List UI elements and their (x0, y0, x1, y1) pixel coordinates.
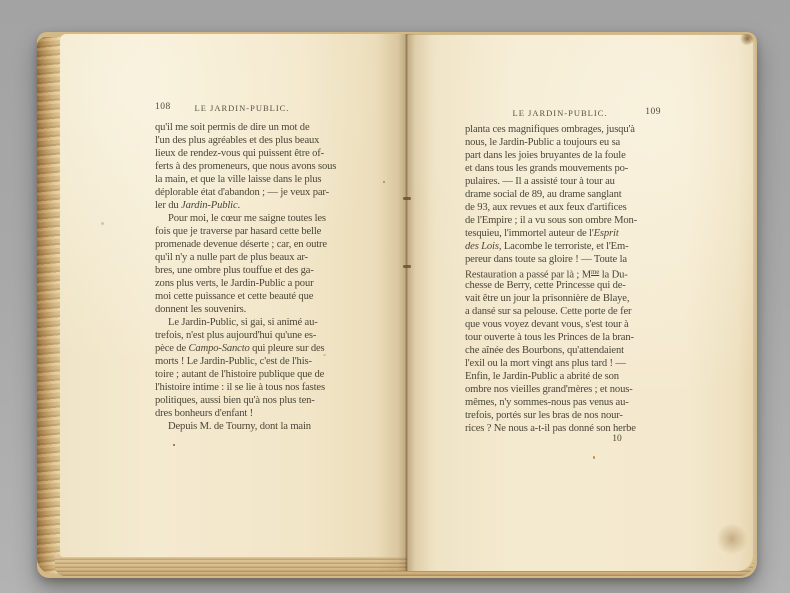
text-line: a dansé sur sa pelouse. Cette porte de f… (465, 305, 661, 318)
text-line: Le Jardin-Public, si gai, si animé au- (155, 316, 355, 329)
binding-stitch (403, 265, 411, 268)
text-line: politiques, aussi bien qu'à nos plus ten… (155, 394, 355, 407)
text-line: pèce de Campo-Sancto qui pleure sur des (155, 342, 355, 355)
text-line: mêmes, n'y sommes-nous pas venus au- (465, 396, 661, 409)
fore-edge-page-stack (37, 37, 62, 574)
text-line: che aînée des Bourbons, qu'attendaient (465, 344, 661, 357)
text-line: ombre nos vieilles grand'mères ; et nous… (465, 383, 661, 396)
book: 108 LE JARDIN-PUBLIC. qu'il me soit perm… (37, 32, 757, 578)
text-line: Enfin, le Jardin-Public a abrité de son (465, 370, 661, 383)
left-running-title: LE JARDIN-PUBLIC. (172, 103, 312, 113)
text-line: donnent les souvenirs. (155, 303, 355, 316)
text-line: vait être un jour la prisonnière de Blay… (465, 292, 661, 305)
text-line: promenade devenue déserte ; car, en outr… (155, 238, 355, 251)
text-line: drame social de 89, au drame sanglant (465, 188, 661, 201)
text-line: chesse de Berry, cette Princesse qui de- (465, 279, 661, 292)
text-line: l'histoire intime : il se lie à tous nos… (155, 381, 355, 394)
photo-background: 108 LE JARDIN-PUBLIC. qu'il me soit perm… (0, 0, 790, 593)
right-running-head: LE JARDIN-PUBLIC. 109 (465, 107, 661, 119)
text-line: moi cette puissance et cette beauté que (155, 290, 355, 303)
binding-stitch (403, 197, 411, 200)
text-line: Pour moi, le cœur me saigne toutes les (155, 212, 355, 225)
text-line: ler du Jardin-Public. (155, 199, 355, 212)
text-line: bres, une ombre plus touffue et des ga- (155, 264, 355, 277)
text-line: zons plus verts, le Jardin-Public a pour (155, 277, 355, 290)
text-line: déplorable état d'abandon ; — je veux pa… (155, 186, 355, 199)
text-line: ferts à des promeneurs, que nous avons s… (155, 160, 355, 173)
right-page: LE JARDIN-PUBLIC. 109 planta ces magnifi… (407, 35, 755, 571)
text-line: dres bonheurs d'enfant ! (155, 407, 355, 420)
text-line: de l'Empire ; il a vu sous son ombre Mon… (465, 214, 661, 227)
text-line: morts ! Le Jardin-Public, c'est de l'his… (155, 355, 355, 368)
text-line: et dans tous les grands mouvements po- (465, 162, 661, 175)
text-line: trefois, portés sur les bras de nos nour… (465, 409, 661, 422)
text-line: planta ces magnifiques ombrages, jusqu'à (465, 123, 661, 136)
text-line: la main, et que la ville laisse dans le … (155, 173, 355, 186)
text-line: part dans les joies bruyantes de la foul… (465, 149, 661, 162)
left-page-text: qu'il me soit permis de dire un mot del'… (155, 121, 355, 433)
text-line: tour ouverte à tous les Princes de la br… (465, 331, 661, 344)
text-line: que vous voyez devant vous, s'est tour à (465, 318, 661, 331)
left-page-number: 108 (155, 102, 171, 112)
text-line: fois que je traverse par hasard cette be… (155, 225, 355, 238)
worn-corner-top-right (739, 34, 753, 45)
right-running-title: LE JARDIN-PUBLIC. (490, 108, 630, 118)
text-line: l'exil ou la mort vingt ans plus tard ! … (465, 357, 661, 370)
text-line: qu'il n'y a nulle part de plus beaux ar- (155, 251, 355, 264)
right-page-number: 109 (645, 107, 661, 117)
text-line: qu'il me soit permis de dire un mot de (155, 121, 355, 134)
text-line: pulaires. — Il a assisté tour à tour au (465, 175, 661, 188)
text-line: des Lois, Lacombe le terroriste, et l'Em… (465, 240, 661, 253)
right-page-text: planta ces magnifiques ombrages, jusqu'à… (465, 123, 661, 435)
text-line: de 93, aux revues et aux feux d'artifice… (465, 201, 661, 214)
signature-mark: 10 (600, 434, 634, 444)
left-running-head: 108 LE JARDIN-PUBLIC. (155, 102, 355, 114)
text-line: toire ; autant de l'histoire publique qu… (155, 368, 355, 381)
text-line: Restauration a passé par là ; Mme la Du- (465, 266, 661, 279)
text-line: Depuis M. de Tourny, dont la main (155, 420, 355, 433)
text-line: tesquieu, l'immortel auteur de l'Esprit (465, 227, 661, 240)
text-line: lieux de rendez-vous qui puissent être o… (155, 147, 355, 160)
text-line: trefois, n'est plus aujourd'hui qu'une e… (155, 329, 355, 342)
left-page: 108 LE JARDIN-PUBLIC. qu'il me soit perm… (60, 34, 407, 557)
text-line: pereur dans toute sa gloire ! — Toute la (465, 253, 661, 266)
text-line: nous, le Jardin-Public a toujours eu sa (465, 136, 661, 149)
text-line: l'un des plus agréables et des plus beau… (155, 134, 355, 147)
worn-corner-bottom-right (715, 524, 749, 554)
